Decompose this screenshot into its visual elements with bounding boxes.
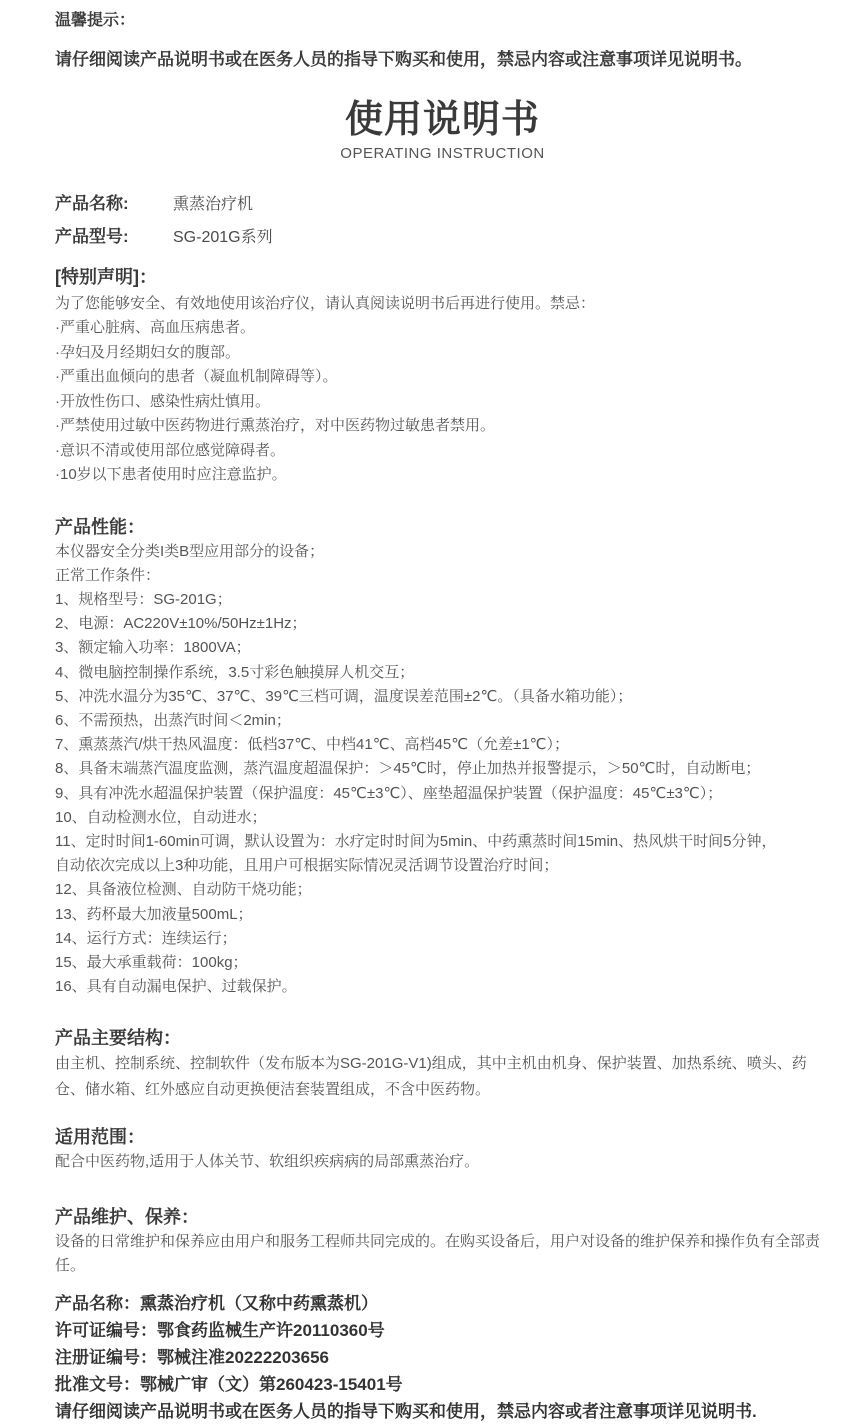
product-name-row: 产品名称:熏蒸治疗机 <box>55 188 830 221</box>
instruction-document: 温馨提示： 请仔细阅读产品说明书或在医务人员的指导下购买和使用，禁忌内容或注意事… <box>0 0 860 1428</box>
performance-line: 13、药杯最大加液量500mL； <box>55 903 830 927</box>
notice-label: 温馨提示： <box>55 10 830 32</box>
contraindication-item: ·10岁以下患者使用时应注意监护。 <box>55 463 830 488</box>
product-name-value: 熏蒸治疗机 <box>155 196 253 213</box>
performance-line: 9、具有冲洗水超温保护装置（保护温度：45℃±3℃）、座垫超温保护装置（保护温度… <box>55 782 830 806</box>
contraindication-item: ·孕妇及月经期妇女的腹部。 <box>55 341 830 366</box>
contraindication-item: ·严重心脏病、高血压病患者。 <box>55 316 830 341</box>
performance-line: 16、具有自动漏电保护、过载保护。 <box>55 975 830 999</box>
contraindication-list: ·严重心脏病、高血压病患者。·孕妇及月经期妇女的腹部。·严重出血倾向的患者（凝血… <box>55 316 830 488</box>
product-info: 产品名称:熏蒸治疗机 产品型号:SG-201G系列 <box>55 188 830 254</box>
structure-text: 由主机、控制系统、控制软件（发布版本为SG-201G-V1)组成，其中主机由机身… <box>55 1051 830 1102</box>
registration-line: 产品名称：熏蒸治疗机（又称中药熏蒸机） <box>55 1290 830 1317</box>
performance-line: 10、自动检测水位，自动进水； <box>55 806 830 830</box>
special-statement-heading: [特别声明]： <box>55 264 830 290</box>
performance-line: 2、电源：AC220V±10%/50Hz±1Hz； <box>55 612 830 636</box>
contraindication-item: ·意识不清或使用部位感觉障碍者。 <box>55 439 830 464</box>
performance-line: 6、不需预热，出蒸汽时间＜2min； <box>55 709 830 733</box>
performance-line: 3、额定输入功率：1800VA； <box>55 636 830 660</box>
notice-text: 请仔细阅读产品说明书或在医务人员的指导下购买和使用，禁忌内容或注意事项详见说明书… <box>55 48 830 72</box>
registration-line: 批准文号：鄂械广审（文）第260423-15401号 <box>55 1371 830 1398</box>
page-title: 使用说明书 <box>55 96 830 144</box>
performance-line: 4、微电脑控制操作系统，3.5寸彩色触摸屏人机交互； <box>55 661 830 685</box>
performance-line: 自动依次完成以上3种功能，且用户可根据实际情况灵活调节设置治疗时间； <box>55 854 830 878</box>
registration-line: 请仔细阅读产品说明书或在医务人员的指导下购买和使用，禁忌内容或者注意事项详见说明… <box>55 1398 830 1425</box>
contraindication-item: ·严禁使用过敏中医药物进行熏蒸治疗，对中医药物过敏患者禁用。 <box>55 414 830 439</box>
maintenance-text: 设备的日常维护和保养应由用户和服务工程师共同完成的。在购买设备后，用户对设备的维… <box>55 1230 830 1278</box>
product-name-label: 产品名称: <box>55 188 155 220</box>
performance-list: 本仪器安全分类I类B型应用部分的设备；正常工作条件：1、规格型号：SG-201G… <box>55 540 830 1000</box>
product-model-row: 产品型号:SG-201G系列 <box>55 221 830 254</box>
performance-line: 1、规格型号：SG-201G； <box>55 588 830 612</box>
performance-line: 15、最大承重载荷：100kg； <box>55 951 830 975</box>
performance-line: 8、具备末端蒸汽温度监测，蒸汽温度超温保护：＞45℃时，停止加热并报警提示，＞5… <box>55 757 830 781</box>
contraindication-item: ·开放性伤口、感染性病灶慎用。 <box>55 390 830 415</box>
performance-line: 本仪器安全分类I类B型应用部分的设备； <box>55 540 830 564</box>
page-subtitle: OPERATING INSTRUCTION <box>55 144 830 164</box>
title-block: 使用说明书 OPERATING INSTRUCTION <box>55 96 830 164</box>
performance-heading: 产品性能： <box>55 514 830 540</box>
performance-line: 7、熏蒸蒸汽/烘干热风温度：低档37℃、中档41℃、高档45℃（允差±1℃）； <box>55 733 830 757</box>
registration-line: 许可证编号：鄂食药监械生产许20110360号 <box>55 1317 830 1344</box>
scope-heading: 适用范围： <box>55 1124 830 1150</box>
product-model-label: 产品型号: <box>55 221 155 253</box>
contraindication-item: ·严重出血倾向的患者（凝血机制障碍等）。 <box>55 365 830 390</box>
performance-line: 5、冲洗水温分为35℃、37℃、39℃三档可调，温度误差范围±2℃。（具备水箱功… <box>55 685 830 709</box>
structure-heading: 产品主要结构： <box>55 1025 830 1051</box>
registration-footer: 产品名称：熏蒸治疗机（又称中药熏蒸机）许可证编号：鄂食药监械生产许2011036… <box>55 1290 830 1425</box>
scope-text: 配合中医药物,适用于人体关节、软组织疾病病的局部熏蒸治疗。 <box>55 1150 830 1174</box>
maintenance-heading: 产品维护、保养： <box>55 1204 830 1230</box>
performance-line: 12、具备液位检测、自动防干烧功能； <box>55 878 830 902</box>
registration-line: 注册证编号：鄂械注准20222203656 <box>55 1344 830 1371</box>
performance-line: 14、运行方式：连续运行； <box>55 927 830 951</box>
performance-line: 11、定时时间1-60min可调，默认设置为：水疗定时时间为5min、中药熏蒸时… <box>55 830 830 854</box>
product-model-value: SG-201G系列 <box>155 229 273 246</box>
performance-line: 正常工作条件： <box>55 564 830 588</box>
special-statement-intro: 为了您能够安全、有效地使用该治疗仪，请认真阅读说明书后再进行使用。禁忌： <box>55 292 830 316</box>
